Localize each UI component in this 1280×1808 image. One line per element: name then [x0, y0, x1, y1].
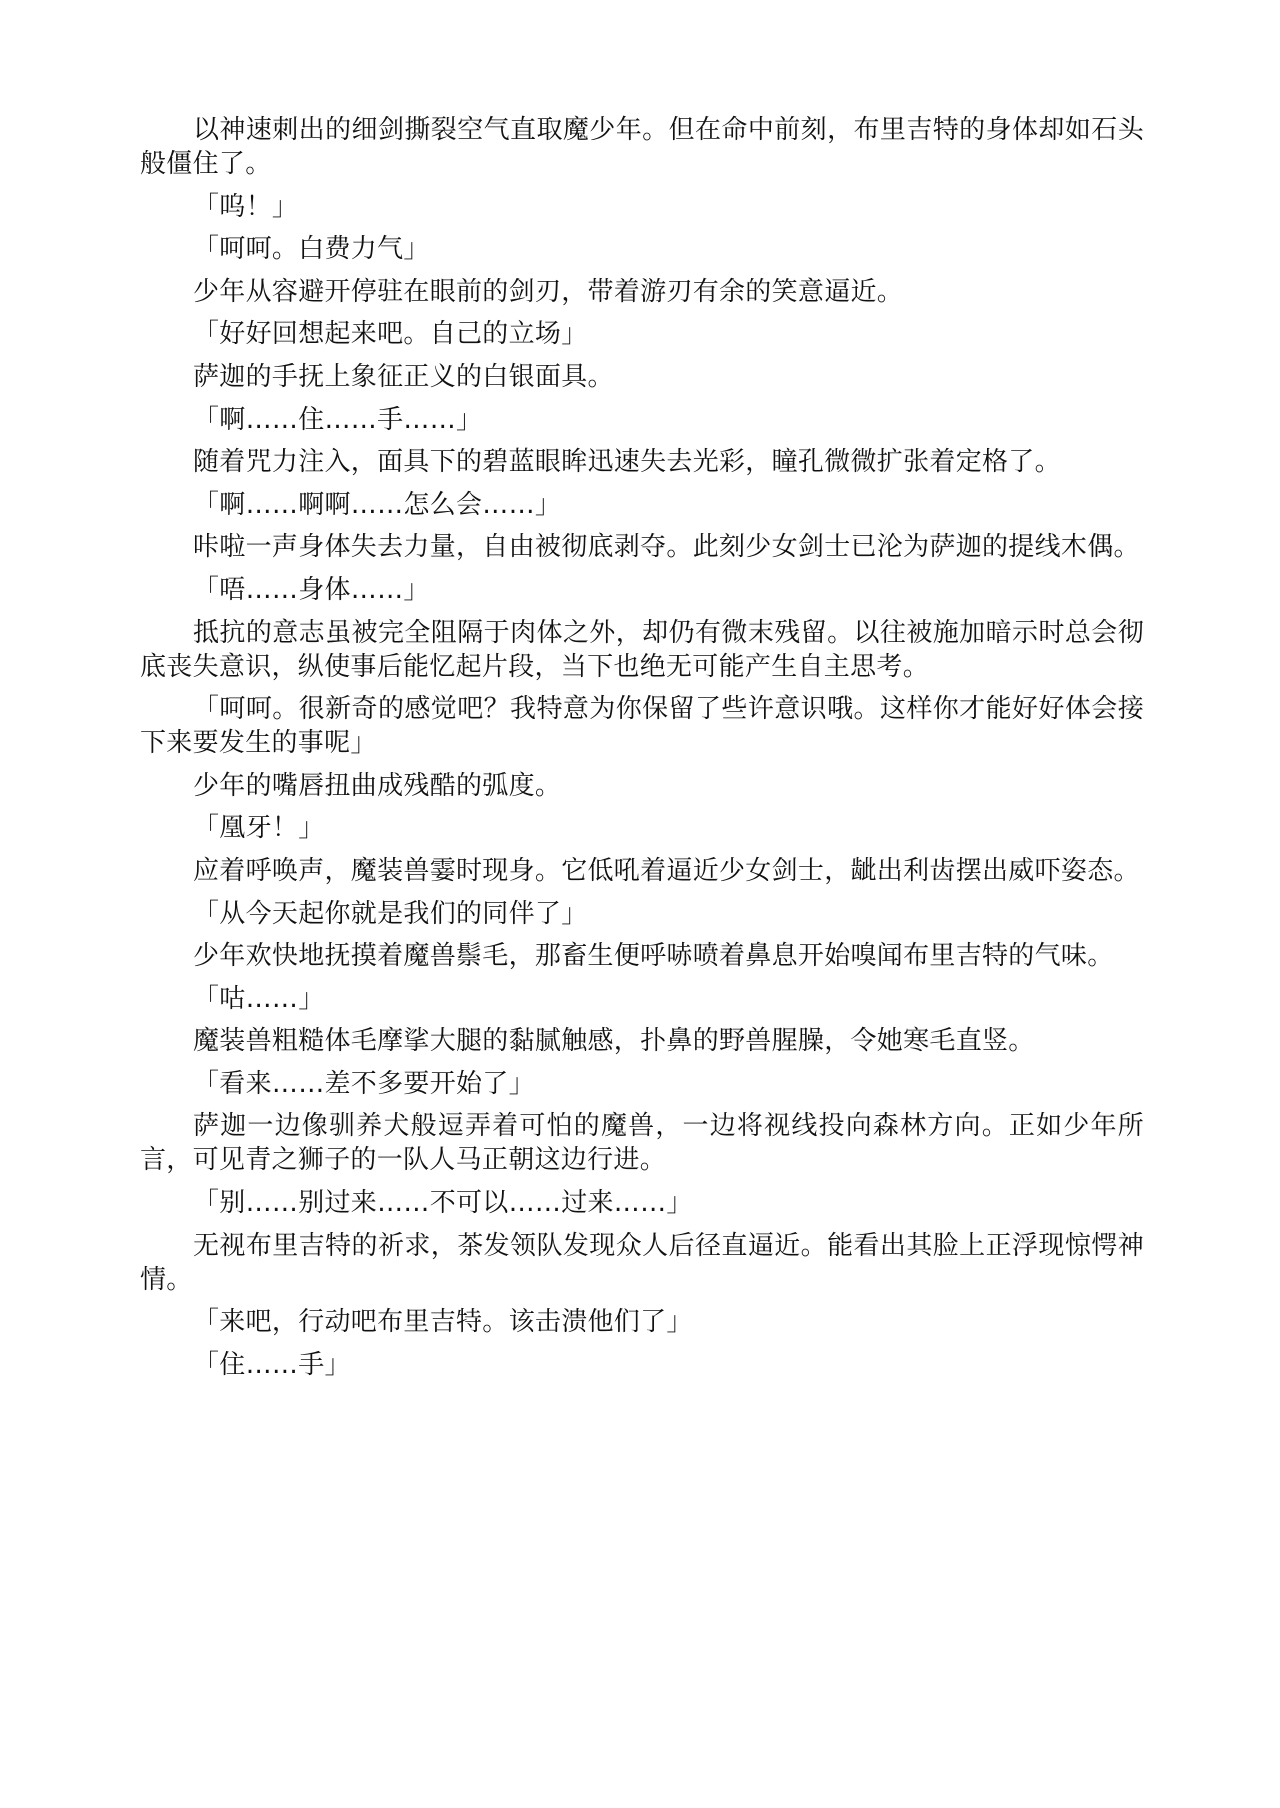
paragraph: 以神速刺出的细剑撕裂空气直取魔少年。但在命中前刻，布里吉特的身体却如石头般僵住了…: [140, 113, 1144, 181]
paragraph: 少年从容避开停驻在眼前的剑刃，带着游刃有余的笑意逼近。: [140, 275, 1144, 309]
dialogue-line: 「唔……身体……」: [140, 573, 1144, 607]
dialogue-line: 「看来……差不多要开始了」: [140, 1067, 1144, 1101]
dialogue-line: 「呜！」: [140, 190, 1144, 224]
dialogue-line: 「啊……啊啊……怎么会……」: [140, 488, 1144, 522]
dialogue-line: 「凰牙！」: [140, 811, 1144, 845]
paragraph: 萨迦一边像驯养犬般逗弄着可怕的魔兽，一边将视线投向森林方向。正如少年所言，可见青…: [140, 1109, 1144, 1177]
document-page: 以神速刺出的细剑撕裂空气直取魔少年。但在命中前刻，布里吉特的身体却如石头般僵住了…: [140, 113, 1144, 1390]
paragraph: 少年的嘴唇扭曲成残酷的弧度。: [140, 769, 1144, 803]
paragraph: 魔装兽粗糙体毛摩挲大腿的黏腻触感，扑鼻的野兽腥臊，令她寒毛直竖。: [140, 1024, 1144, 1058]
dialogue-line: 「别……别过来……不可以……过来……」: [140, 1186, 1144, 1220]
dialogue-line: 「好好回想起来吧。自己的立场」: [140, 317, 1144, 351]
dialogue-line: 「呵呵。很新奇的感觉吧？我特意为你保留了些许意识哦。这样你才能好好体会接下来要发…: [140, 692, 1144, 760]
paragraph: 咔啦一声身体失去力量，自由被彻底剥夺。此刻少女剑士已沦为萨迦的提线木偶。: [140, 530, 1144, 564]
dialogue-line: 「啊……住……手……」: [140, 403, 1144, 437]
paragraph: 萨迦的手抚上象征正义的白银面具。: [140, 360, 1144, 394]
dialogue-line: 「呵呵。白费力气」: [140, 232, 1144, 266]
dialogue-line: 「来吧，行动吧布里吉特。该击溃他们了」: [140, 1305, 1144, 1339]
paragraph: 无视布里吉特的祈求，茶发领队发现众人后径直逼近。能看出其脸上正浮现惊愕神情。: [140, 1229, 1144, 1297]
dialogue-line: 「咕……」: [140, 982, 1144, 1016]
paragraph: 应着呼唤声，魔装兽霎时现身。它低吼着逼近少女剑士，龇出利齿摆出威吓姿态。: [140, 854, 1144, 888]
dialogue-line: 「从今天起你就是我们的同伴了」: [140, 897, 1144, 931]
paragraph: 抵抗的意志虽被完全阻隔于肉体之外，却仍有微末残留。以往被施加暗示时总会彻底丧失意…: [140, 616, 1144, 684]
paragraph: 随着咒力注入，面具下的碧蓝眼眸迅速失去光彩，瞳孔微微扩张着定格了。: [140, 445, 1144, 479]
paragraph: 少年欢快地抚摸着魔兽鬃毛，那畜生便呼哧喷着鼻息开始嗅闻布里吉特的气味。: [140, 939, 1144, 973]
dialogue-line: 「住……手」: [140, 1348, 1144, 1382]
